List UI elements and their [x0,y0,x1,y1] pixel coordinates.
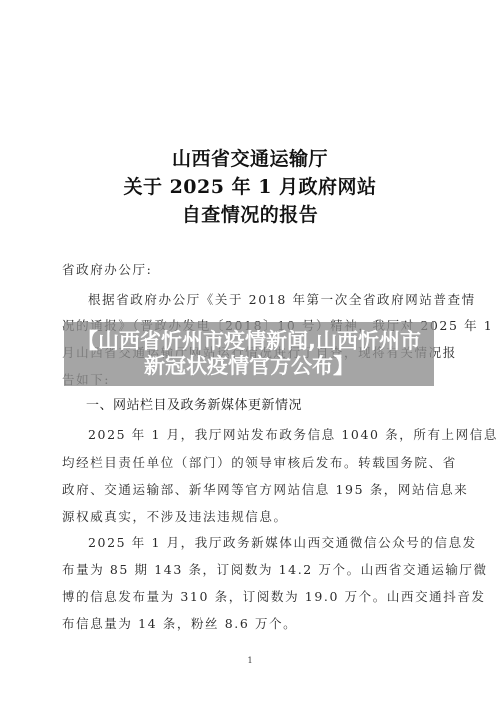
section-1-paragraph-2-line-3: 博的信息发布量为 310 条，订阅数为 19.0 万个。山西交通抖音发 [62,589,440,605]
overlay-title-line-1: 【山西省忻州市疫情新闻,山西忻州市 [77,329,421,354]
overlay-title-line-2: 新冠状疫情官方公布】 [144,354,354,379]
intro-line-1: 根据省政府办公厅《关于 2018 年第一次全省政府网站普查情 [88,292,466,308]
overlay-title-banner: 【山西省忻州市疫情新闻,山西忻州市 新冠状疫情官方公布】 [64,322,434,386]
section-1-paragraph-1-line-3: 政府、交通运输部、新华网等官方网站信息 195 条，网站信息来 [62,482,440,498]
document-title-line-3: 自查情况的报告 [0,204,500,226]
section-1-paragraph-2-line-2: 布量为 85 期 143 条，订阅数为 14.2 万个。山西省交通运输厅微 [62,562,440,578]
section-heading-1: 一、网站栏目及政务新媒体更新情况 [86,398,302,414]
salutation: 省政府办公厅: [62,262,440,278]
document-title-line-2: 关于 2025 年 1 月政府网站 [0,176,500,198]
section-1-paragraph-2-line-4: 布信息量为 14 条，粉丝 8.6 万个。 [62,616,440,632]
section-1-paragraph-1-line-2: 均经栏目责任单位（部门）的领导审核后发布。转载国务院、省 [62,455,440,471]
document-title-line-1: 山西省交通运输厅 [0,148,500,170]
section-1-paragraph-1-line-4: 源权威真实，不涉及违法违规信息。 [62,509,440,525]
section-1-paragraph-2-line-1: 2025 年 1 月，我厅政务新媒体山西交通微信公众号的信息发 [88,535,466,551]
page-number: 1 [0,656,500,665]
document-page: 山西省交通运输厅 关于 2025 年 1 月政府网站 自查情况的报告 省政府办公… [0,0,500,707]
section-1-paragraph-1-line-1: 2025 年 1 月，我厅网站发布政务信息 1040 条，所有上网信息 [88,427,466,443]
